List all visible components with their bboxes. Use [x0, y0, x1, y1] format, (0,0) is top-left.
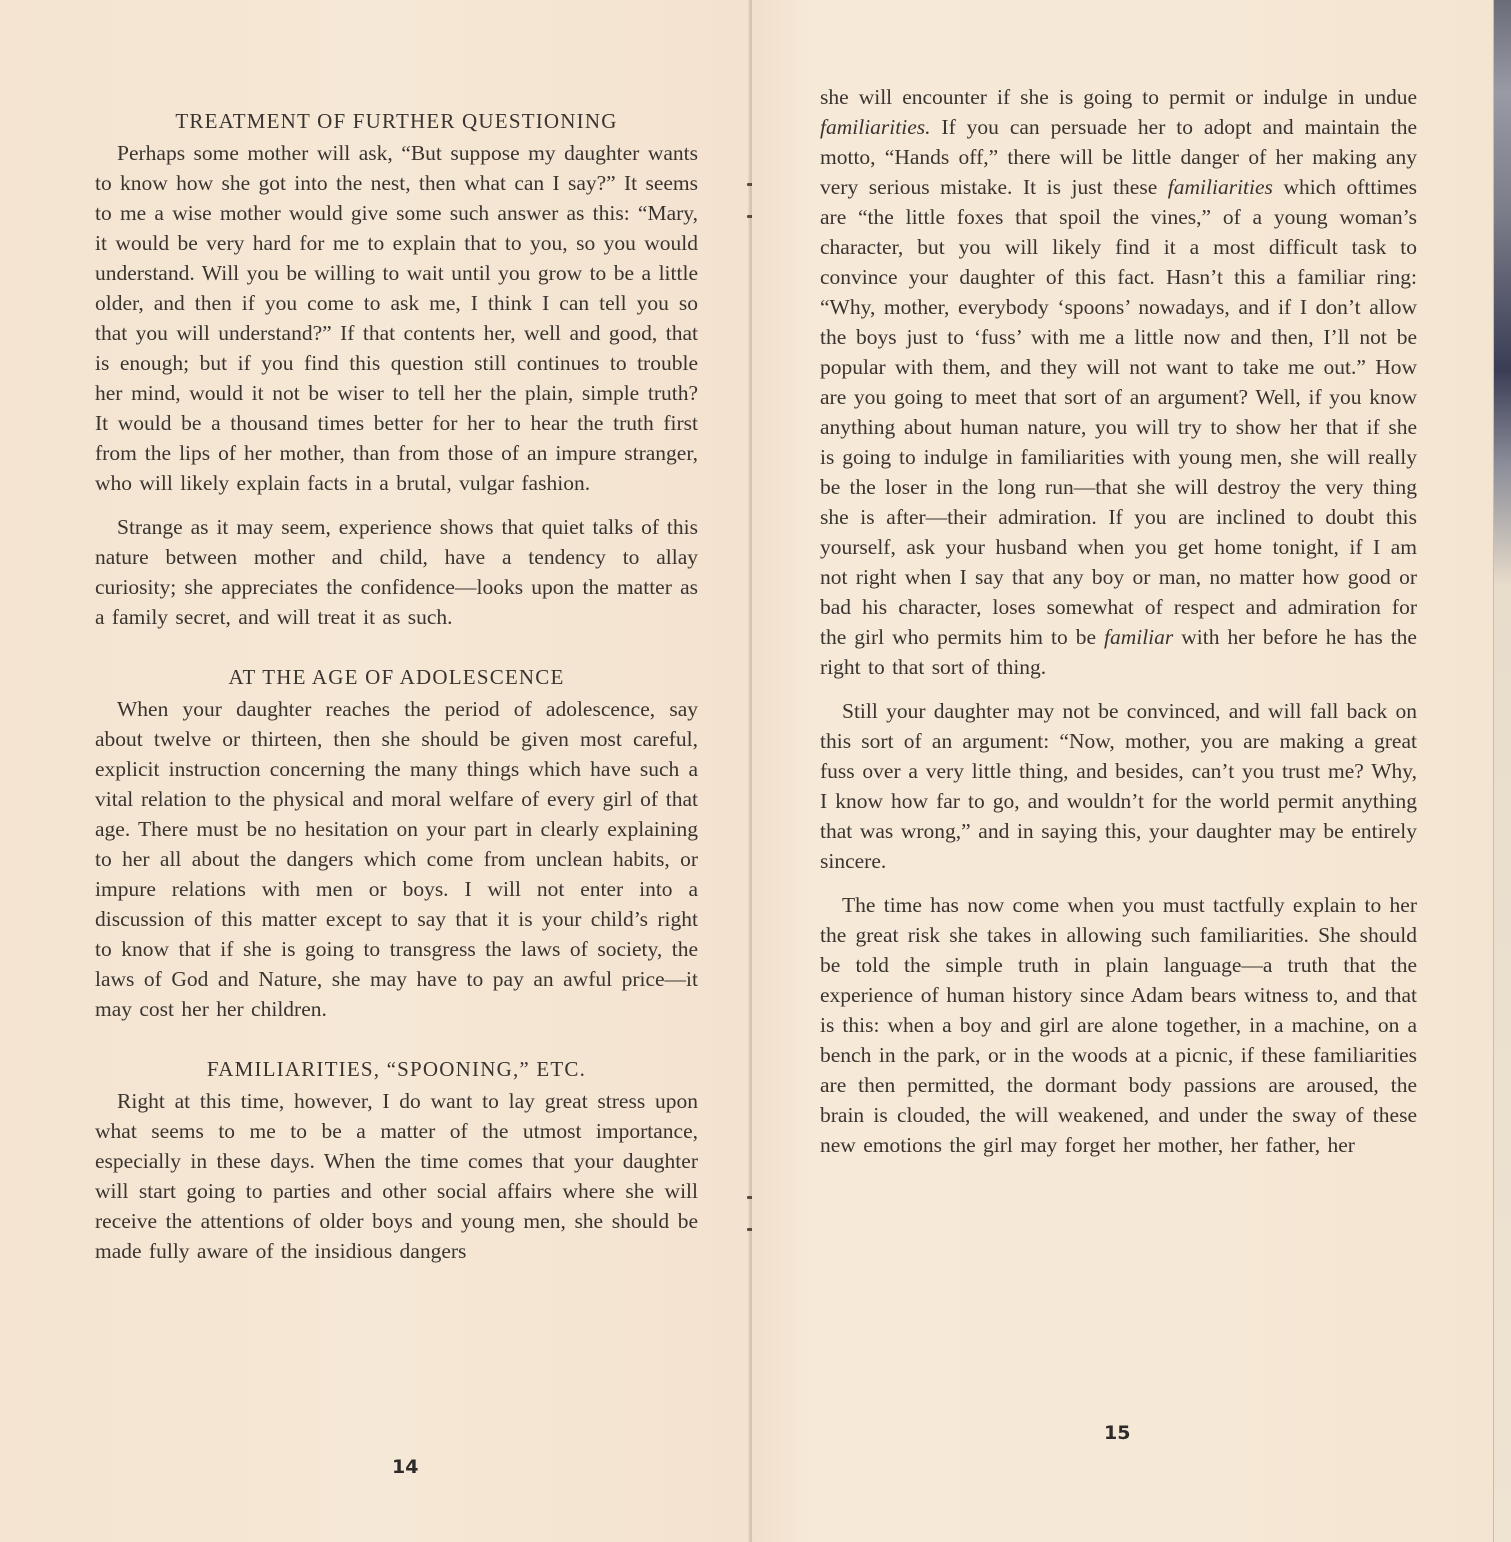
- italic-text: familiar: [1104, 625, 1173, 649]
- paragraph: Perhaps some mother will ask, “But suppo…: [95, 138, 698, 498]
- section-heading-treatment: TREATMENT OF FURTHER QUESTIONING: [95, 106, 698, 136]
- paragraph: Right at this time, however, I do want t…: [95, 1086, 698, 1266]
- book-spread: TREATMENT OF FURTHER QUESTIONING Perhaps…: [0, 0, 1511, 1542]
- left-page: TREATMENT OF FURTHER QUESTIONING Perhaps…: [0, 0, 752, 1542]
- paragraph: When your daughter reaches the period of…: [95, 694, 698, 1024]
- paragraph: she will encounter if she is going to pe…: [820, 82, 1417, 682]
- background-edge: [1494, 0, 1511, 1542]
- paragraph: Strange as it may seem, experience shows…: [95, 512, 698, 632]
- section-heading-familiarities: FAMILIARITIES, “SPOONING,” ETC.: [95, 1054, 698, 1084]
- section-heading-adolescence: AT THE AGE OF ADOLESCENCE: [95, 662, 698, 692]
- page-number: 15: [1104, 1422, 1130, 1444]
- paragraph: The time has now come when you must tact…: [820, 890, 1417, 1160]
- left-page-text: TREATMENT OF FURTHER QUESTIONING Perhaps…: [95, 106, 698, 1266]
- text-run: she will encounter if she is going to pe…: [820, 85, 1417, 109]
- italic-text: familiarities.: [820, 115, 931, 139]
- right-page: she will encounter if she is going to pe…: [752, 0, 1494, 1542]
- paragraph: Still your daughter may not be convinced…: [820, 696, 1417, 876]
- page-number: 14: [392, 1456, 418, 1478]
- text-run: which ofttimes are “the little foxes tha…: [820, 175, 1417, 649]
- italic-text: familiarities: [1168, 175, 1273, 199]
- right-page-text: she will encounter if she is going to pe…: [820, 82, 1417, 1160]
